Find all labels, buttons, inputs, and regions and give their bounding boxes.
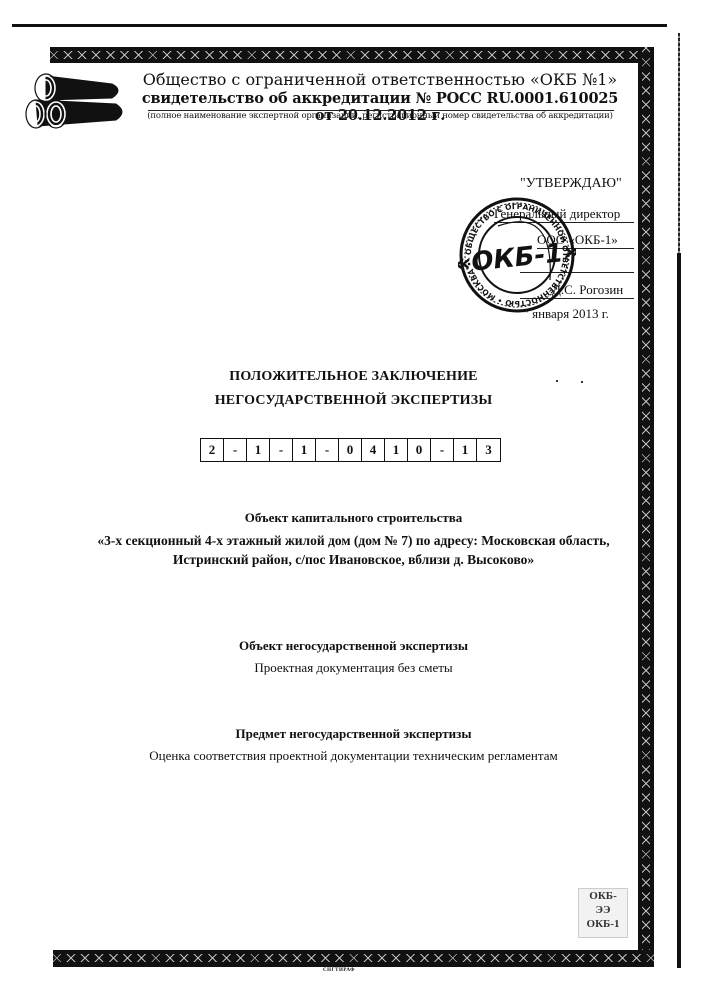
document-title-line2: НЕГОСУДАРСТВЕННОЙ ЭКСПЕРТИЗЫ <box>0 393 707 409</box>
number-cell: 1 <box>247 439 270 461</box>
scan-speck <box>581 381 583 383</box>
number-cell: - <box>224 439 247 461</box>
number-cell: 1 <box>454 439 477 461</box>
organization-name: Общество с ограниченной ответственностью… <box>140 70 620 89</box>
decorative-border-bottom <box>53 950 654 967</box>
stamp-line2: ЭЭ <box>579 903 627 917</box>
stamp-line3: ОКБ-1 <box>579 917 627 931</box>
expertise-object-label: Объект негосударственной экспертизы <box>0 638 707 654</box>
number-cell: - <box>431 439 454 461</box>
decorative-border-top <box>50 47 654 63</box>
approval-title: "УТВЕРЖДАЮ" <box>520 176 622 192</box>
construction-object-line2: Истринский район, с/пос Ивановское, вбли… <box>0 550 707 569</box>
number-cell: 1 <box>385 439 408 461</box>
scan-speck <box>556 380 558 382</box>
scan-edge-line <box>678 33 680 968</box>
number-cell: - <box>316 439 339 461</box>
footer-printer-mark: СНГТИРАФ <box>323 968 355 973</box>
number-cell: 0 <box>408 439 431 461</box>
conclusion-number-grid: 2 - 1 - 1 - 0 4 1 0 - 1 3 <box>200 438 501 462</box>
pipes-logo-icon <box>24 70 136 130</box>
construction-object-line1: «3-х секционный 4-х этажный жилой дом (д… <box>0 531 707 550</box>
number-cell: - <box>270 439 293 461</box>
number-cell: 1 <box>293 439 316 461</box>
number-cell: 2 <box>201 439 224 461</box>
decorative-border-right <box>638 47 654 957</box>
number-cell: 4 <box>362 439 385 461</box>
expertise-subject-value: Оценка соответствия проектной документац… <box>0 748 707 764</box>
scan-top-rule <box>12 24 667 27</box>
document-stamp: ОКБ- ЭЭ ОКБ-1 <box>578 888 628 938</box>
number-cell: 3 <box>477 439 500 461</box>
expertise-object-value: Проектная документация без сметы <box>0 660 707 676</box>
construction-object-label: Объект капитального строительства <box>0 510 707 526</box>
stamp-line1: ОКБ- <box>579 889 627 903</box>
number-cell: 0 <box>339 439 362 461</box>
company-seal-icon: ОБЩЕСТВО С ОГРАНИЧЕННОЙ ОТВЕТСТВЕННОСТЬЮ… <box>458 196 576 314</box>
expertise-subject-label: Предмет негосударственной экспертизы <box>0 726 707 742</box>
header-caption: (полное наименование экспертной организа… <box>140 111 620 121</box>
document-title-line1: ПОЛОЖИТЕЛЬНОЕ ЗАКЛЮЧЕНИЕ <box>0 369 707 385</box>
